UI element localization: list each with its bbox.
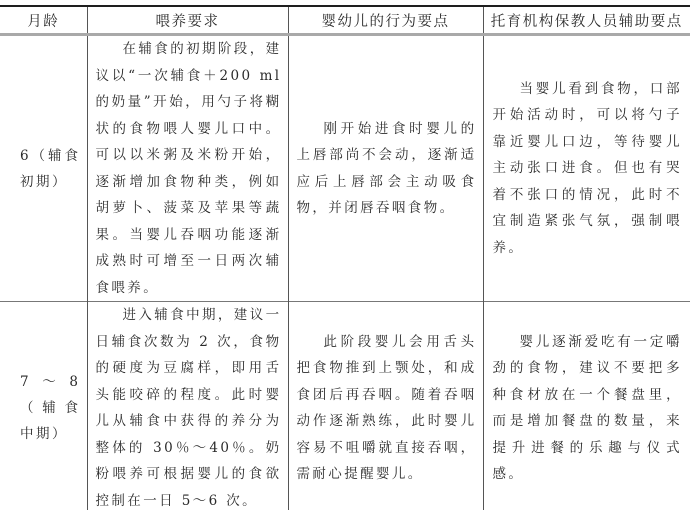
header-infant-behavior: 婴幼儿的行为要点 [288, 6, 483, 35]
header-staff-assistance: 托育机构保教人员辅助要点 [483, 6, 690, 35]
header-row: 月龄 喂养要求 婴幼儿的行为要点 托育机构保教人员辅助要点 [0, 6, 690, 35]
table-row: 7～8（辅食中期） 进入辅食中期，建议一日辅食次数为 2 次，食物的硬度为豆腐样… [0, 302, 690, 510]
cell-feeding-requirements: 在辅食的初期阶段，建议以“一次辅食＋200 ml的奶量”开始，用勺子将糊状的食物… [87, 35, 288, 302]
table-body: 6（辅食初期） 在辅食的初期阶段，建议以“一次辅食＋200 ml的奶量”开始，用… [0, 35, 690, 510]
cell-feeding-requirements: 进入辅食中期，建议一日辅食次数为 2 次，食物的硬度为豆腐样，即用舌头能咬碎的程… [87, 302, 288, 510]
table-row: 6（辅食初期） 在辅食的初期阶段，建议以“一次辅食＋200 ml的奶量”开始，用… [0, 35, 690, 302]
feeding-guidelines-table: 月龄 喂养要求 婴幼儿的行为要点 托育机构保教人员辅助要点 6（辅食初期） 在辅… [0, 5, 690, 510]
header-age: 月龄 [0, 6, 87, 35]
infant-behavior-text: 此阶段婴儿会用舌头把食物推到上颚处，和成食团后再吞咽。随着吞咽动作逐渐熟练，此时… [297, 329, 477, 488]
cell-age: 6（辅食初期） [0, 35, 87, 302]
infant-behavior-text: 刚开始进食时婴儿的上唇部尚不会动，逐渐适应后上唇部会主动吸食物，并闭唇吞咽食物。 [297, 116, 477, 222]
feeding-requirements-text: 进入辅食中期，建议一日辅食次数为 2 次，食物的硬度为豆腐样，即用舌头能咬碎的程… [96, 302, 282, 510]
header-feeding-requirements: 喂养要求 [87, 6, 288, 35]
cell-infant-behavior: 刚开始进食时婴儿的上唇部尚不会动，逐渐适应后上唇部会主动吸食物，并闭唇吞咽食物。 [288, 35, 483, 302]
cell-age: 7～8（辅食中期） [0, 302, 87, 510]
cell-infant-behavior: 此阶段婴儿会用舌头把食物推到上颚处，和成食团后再吞咽。随着吞咽动作逐渐熟练，此时… [288, 302, 483, 510]
cell-staff-assistance: 婴儿逐渐爱吃有一定嚼劲的食物，建议不要把多种食材放在一个餐盘里，而是增加餐盘的数… [483, 302, 690, 510]
table-header: 月龄 喂养要求 婴幼儿的行为要点 托育机构保教人员辅助要点 [0, 6, 690, 35]
feeding-requirements-text: 在辅食的初期阶段，建议以“一次辅食＋200 ml的奶量”开始，用勺子将糊状的食物… [96, 36, 282, 301]
feeding-guidelines-table-container: 月龄 喂养要求 婴幼儿的行为要点 托育机构保教人员辅助要点 6（辅食初期） 在辅… [0, 5, 690, 510]
cell-staff-assistance: 当婴儿看到食物，口部开始活动时，可以将勺子靠近婴儿口边，等待婴儿主动张口进食。但… [483, 35, 690, 302]
staff-assistance-text: 婴儿逐渐爱吃有一定嚼劲的食物，建议不要把多种食材放在一个餐盘里，而是增加餐盘的数… [493, 329, 683, 488]
staff-assistance-text: 当婴儿看到食物，口部开始活动时，可以将勺子靠近婴儿口边，等待婴儿主动张口进食。但… [493, 76, 683, 262]
